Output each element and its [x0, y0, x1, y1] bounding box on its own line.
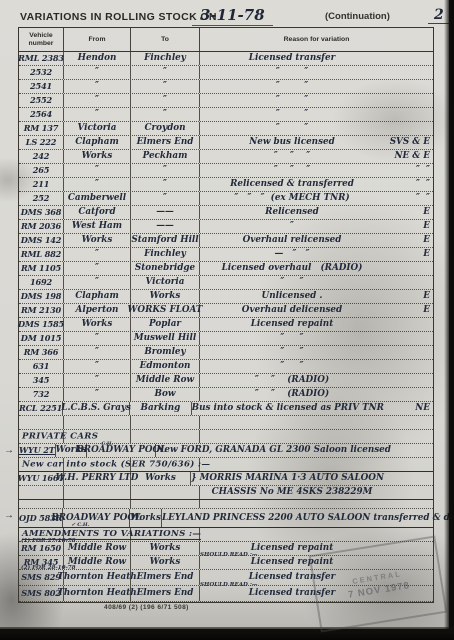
to-cell: [131, 500, 200, 508]
from-cell-text: ″: [95, 68, 99, 77]
reason-cell: CHASSIS No ME 4SKS 238229M: [200, 486, 433, 499]
from-cell: Clapham: [64, 136, 131, 149]
vehicle-cell: 265: [19, 164, 64, 177]
reason-cell: ″ ″ (RADIO): [200, 374, 433, 387]
vehicle-cell-text: 265: [33, 166, 50, 174]
from-cell: Thornton Heath: [64, 586, 131, 601]
table-row: 732″Bow″ ″ (RADIO): [19, 388, 433, 402]
from-cell: ″: [64, 360, 131, 373]
reason-cell: ″ ″ ″NE & E: [200, 150, 433, 163]
from-cell: Catford: [64, 206, 131, 219]
vehicle-cell: LS 222: [19, 136, 64, 149]
to-cell-text: Elmers End: [137, 138, 194, 147]
vehicle-cell: 2532: [19, 66, 64, 79]
from-cell-text: ″: [95, 250, 99, 259]
reason-cell: ″ ″: [200, 360, 433, 373]
note-text: E: [384, 250, 433, 259]
column-header-from: From: [64, 28, 131, 51]
reason-cell: Licensed repaint: [200, 318, 433, 331]
from-cell: ″: [64, 178, 131, 191]
reason-cell: Licensed overhaul (RADIO): [200, 262, 433, 275]
to-cell-text: Croydon: [144, 124, 185, 133]
to-cell-text: ″: [163, 96, 167, 105]
reason-text: ″ ″: [200, 334, 384, 343]
reason-cell: ″ ″: [200, 80, 433, 93]
vehicle-cell-text: RM 2036: [21, 222, 61, 230]
vehicle-cell: 252: [19, 192, 64, 205]
vehicle-cell: 2541: [19, 80, 64, 93]
to-cell: Works: [131, 290, 200, 303]
reason-cell: ″ ″: [200, 122, 433, 135]
vehicle-cell: 1692: [19, 276, 64, 289]
table-header-row: Vehicle number From To Reason for variat…: [19, 28, 433, 52]
note-text: ″ ″: [384, 166, 433, 175]
reason-cell: ″ ″: [200, 108, 433, 121]
to-cell-text: Poplar: [149, 320, 181, 329]
vehicle-cell: 631: [19, 360, 64, 373]
table-row: 2552″″″ ″: [19, 94, 433, 108]
table-row: 345″Middle Row″ ″ (RADIO): [19, 374, 433, 388]
from-cell-text: Works: [82, 236, 113, 245]
from-cell: Victoria: [64, 122, 131, 135]
table-row: [19, 416, 433, 430]
from-cell: Works: [64, 318, 131, 331]
to-cell: Peckham: [131, 150, 200, 163]
to-cell: Barking: [130, 402, 192, 415]
to-cell: Works: [131, 556, 200, 569]
reason-text: ″ ″: [200, 348, 384, 357]
from-cell: ″: [64, 346, 131, 359]
reason-text: Licensed overhaul (RADIO): [200, 264, 384, 273]
reason-text: Overhaul relicensed: [200, 236, 384, 245]
reason-text: ″ ″: [200, 278, 384, 287]
table-row: RM 2036West Ham——″E: [19, 220, 433, 234]
to-cell-text: ——: [156, 208, 174, 217]
vehicle-cell-text: RML 882: [21, 250, 61, 258]
to-cell: WORKS FLOAT: [131, 304, 200, 317]
table-row: RM 2130AlpertonWORKS FLOATOverhaul delic…: [19, 304, 433, 318]
reason-text: } MORRIS MARINA 1·3 AUTO SALOON: [191, 474, 384, 483]
vehicle-cell-text: RCL 2251: [19, 404, 62, 412]
vehicle-cell-text: 2564: [30, 110, 52, 118]
reason-text: ″ ″: [200, 82, 384, 91]
table-row: AMENDMENTS TO VARIATIONS :—: [19, 528, 433, 542]
to-cell-text: Elmers End: [137, 589, 194, 598]
vehicle-cell: 211: [19, 178, 64, 191]
page-title: VARIATIONS IN ROLLING STOCK ON: [20, 11, 217, 23]
reason-cell: New FORD, GRANADA GL 2300 Saloon license…: [156, 444, 440, 457]
vehicle-cell-text: DMS 1585: [18, 320, 64, 328]
from-cell-text: ″: [95, 376, 99, 385]
reason-text: ″: [200, 222, 384, 231]
vehicle-cell-text: 1692: [30, 278, 52, 286]
to-cell-text: ″: [163, 166, 167, 175]
note-text: ″ ″: [384, 194, 433, 203]
vehicle-cell: RM 345(2) FOR 28-10-78: [19, 556, 64, 569]
reason-cell: [200, 458, 433, 471]
table-row: OJD 583RBROADWAY POOL✓ C.H.WorksLEYLAND …: [19, 509, 433, 528]
reason-cell: RelicensedE: [200, 206, 433, 219]
from-cell-text: ″: [95, 362, 99, 371]
reason-text: ″ ″ (RADIO): [200, 390, 384, 399]
reason-cell: [200, 430, 433, 443]
table-row: PRIVATE CARS: [19, 430, 433, 444]
from-cell: [64, 500, 131, 508]
from-cell: BROADWAY POOL✓ C.H.: [63, 509, 130, 527]
reason-cell: Bus into stock & licensed as PRIV TNRNE: [192, 402, 433, 415]
note-text: E: [384, 208, 433, 217]
to-cell-text: Bromley: [144, 348, 185, 357]
from-cell: ″: [64, 108, 131, 121]
reason-text: ″ ″ ″: [200, 166, 384, 175]
to-cell: Elmers End: [131, 586, 200, 601]
to-cell: ″: [131, 80, 200, 93]
spanning-note-text: PRIVATE CARS: [22, 432, 98, 441]
to-cell: Works: [130, 509, 162, 527]
vehicle-cell: 242: [19, 150, 64, 163]
to-cell: ″: [131, 66, 200, 79]
reason-text: LEYLAND PRINCESS 2200 AUTO SALOON transf…: [162, 514, 454, 523]
reason-text: ″ ″ (RADIO): [200, 376, 384, 385]
note-text: E: [384, 292, 433, 301]
table-row: RM 366″Bromley″ ″: [19, 346, 433, 360]
vehicle-cell: 2564: [19, 108, 64, 121]
from-cell-text: ″: [95, 348, 99, 357]
to-cell-text: Muswell Hill: [134, 334, 196, 343]
to-cell-text: Stonebridge: [135, 264, 195, 273]
to-cell: Croydon: [131, 122, 200, 135]
from-cell-annotation: ✓ C.H.: [71, 523, 89, 528]
from-cell: Works: [64, 150, 131, 163]
table-row: DMS 142WorksStamford HillOverhaul relice…: [19, 234, 433, 248]
should-read-note: SHOULD READ :—: [200, 583, 258, 589]
to-cell: Middle Row: [131, 374, 200, 387]
scanned-document-page: VARIATIONS IN ROLLING STOCK ON 3-11-78 (…: [0, 0, 454, 640]
from-cell-text: L.C.B.S. Grays: [61, 404, 131, 413]
table-row: DM 1015″Muswell Hill″ ″: [19, 332, 433, 346]
vehicle-cell-text: 211: [33, 180, 50, 188]
vehicle-cell: DMS 198: [19, 290, 64, 303]
from-cell: Works: [64, 234, 131, 247]
spanning-note-text: New car into stock (SER 750/636) :—: [22, 460, 210, 469]
vehicle-cell: [19, 500, 64, 508]
reason-text: Relicensed: [200, 208, 384, 217]
reason-text: ″ ″: [200, 96, 384, 105]
from-cell: ″: [64, 332, 131, 345]
to-cell-text: Finchley: [144, 250, 186, 259]
to-cell-text: ″: [163, 110, 167, 119]
from-cell-text: Clapham: [75, 138, 119, 147]
to-cell-text: Bow: [155, 390, 176, 399]
from-cell: ″: [64, 66, 131, 79]
from-cell-text: ″: [95, 278, 99, 287]
vehicle-cell-text: 345: [33, 376, 50, 384]
to-cell: Works: [131, 472, 191, 485]
from-cell: ″: [64, 80, 131, 93]
reason-cell: ″ ″ ″″ ″: [200, 164, 433, 177]
from-cell: W.H. PERRY LTD: [64, 472, 131, 485]
to-cell-text: Elmers End: [137, 573, 194, 582]
reason-text: Bus into stock & licensed as PRIV TNR: [192, 404, 384, 413]
to-cell-text: Victoria: [146, 278, 185, 287]
to-cell-text: WORKS FLOAT: [128, 306, 203, 315]
to-cell-text: Works: [150, 558, 181, 567]
table-row: DMS 198ClaphamWorksUnlicensed .E: [19, 290, 433, 304]
scan-edge-right: [444, 0, 454, 640]
to-cell-text: Barking: [141, 404, 181, 413]
reason-text: New bus licensed: [200, 138, 384, 147]
from-cell: Alperton: [64, 304, 131, 317]
to-cell-text: ″: [163, 180, 167, 189]
from-cell-text: Catford: [78, 208, 115, 217]
vehicle-cell-text: 2541: [30, 82, 52, 90]
column-header-vehicle: Vehicle number: [19, 28, 64, 51]
to-cell-text: ″: [163, 194, 167, 203]
from-cell-text: ″: [95, 96, 99, 105]
from-cell: [64, 486, 131, 499]
vehicle-cell-text: 242: [33, 152, 50, 160]
to-cell: Bow: [131, 388, 200, 401]
from-cell-text: BROADWAY POOL: [51, 514, 141, 523]
reason-cell: [200, 416, 433, 429]
note-text: E: [384, 306, 433, 315]
reason-cell: Overhaul delicensedE: [200, 304, 433, 317]
from-cell-text: Thornton Heath: [57, 589, 136, 598]
to-cell: Muswell Hill: [131, 332, 200, 345]
from-cell: ″: [64, 164, 131, 177]
from-cell-text: ″: [95, 82, 99, 91]
to-cell-text: BROADWAY POOL: [76, 446, 166, 455]
to-cell: ″: [131, 164, 200, 177]
reason-cell: Licensed transfer: [200, 52, 433, 65]
table-row: 265″″″ ″ ″″ ″: [19, 164, 433, 178]
from-cell-text: Clapham: [75, 292, 119, 301]
reason-cell: — ″ ″E: [200, 248, 433, 261]
table-row: 242WorksPeckham″ ″ ″NE & E: [19, 150, 433, 164]
reason-cell: Unlicensed .E: [200, 290, 433, 303]
table-row: RML 2383HendonFinchleyLicensed transfer: [19, 52, 433, 66]
vehicle-cell: 2552: [19, 94, 64, 107]
form-reference: 408/69 (2) (196 6/71 508): [104, 604, 189, 611]
page-header: VARIATIONS IN ROLLING STOCK ON 3-11-78 (…: [20, 8, 440, 26]
reason-cell: [200, 528, 433, 541]
from-cell-text: West Ham: [72, 222, 122, 231]
vehicle-cell-text: DMS 368: [21, 208, 62, 216]
to-cell: Victoria: [131, 276, 200, 289]
from-cell: L.C.B.S. Grays: [63, 402, 130, 415]
from-cell-text: ″: [95, 264, 99, 273]
vehicle-cell-text: 732: [33, 390, 50, 398]
vehicle-cell: DM 1015: [19, 332, 64, 345]
from-cell: ″: [64, 374, 131, 387]
vehicle-cell-text: WYU 2T: [19, 446, 55, 456]
vehicle-cell-text: DMS 198: [21, 292, 62, 300]
vehicle-cell: RM 2036: [19, 220, 64, 233]
reason-cell: ″ ″: [200, 94, 433, 107]
to-cell-text: Finchley: [144, 54, 186, 63]
table-row: RML 882″Finchley— ″ ″E: [19, 248, 433, 262]
vehicle-cell-text: RM 137: [24, 124, 59, 132]
vehicle-cell: RM 137: [19, 122, 64, 135]
to-cell: ″: [131, 94, 200, 107]
to-cell-text: Works: [145, 474, 176, 483]
table-row: DMS 1585WorksPoplarLicensed repaint: [19, 318, 433, 332]
from-cell-text: Victoria: [78, 124, 117, 133]
handwritten-date: 3-11-78: [192, 6, 273, 26]
from-cell: West Ham: [64, 220, 131, 233]
vehicle-cell-text: 631: [33, 362, 50, 370]
reason-text: Licensed transfer: [200, 54, 384, 63]
should-read-note: SHOULD READ :—: [200, 553, 258, 559]
to-cell: Edmonton: [131, 360, 200, 373]
vehicle-cell-text: 2532: [30, 68, 52, 76]
from-cell-text: ″: [95, 180, 99, 189]
from-cell: [64, 416, 131, 429]
vehicle-cell-text: 2552: [30, 96, 52, 104]
note-text: NE & E: [384, 152, 433, 161]
reason-text: Relicensed & transferred: [200, 180, 384, 189]
continuation-label: (Continuation): [325, 11, 390, 22]
to-cell: Finchley: [131, 52, 200, 65]
to-cell-text: Works: [150, 292, 181, 301]
to-cell: Bromley: [131, 346, 200, 359]
vehicle-cell: [19, 416, 64, 429]
to-cell-text: ——: [156, 222, 174, 231]
table-row: RM 1105″StonebridgeLicensed overhaul (RA…: [19, 262, 433, 276]
to-cell-text: ″: [163, 68, 167, 77]
vehicle-cell: WYU 2T: [19, 444, 56, 457]
reason-text: Overhaul delicensed: [200, 306, 384, 315]
reason-cell: Overhaul relicensedE: [200, 234, 433, 247]
from-cell-text: Middle Row: [68, 544, 126, 553]
from-cell: ″: [64, 248, 131, 261]
vehicle-cell-text: RM 2130: [21, 306, 61, 314]
to-cell-text: Middle Row: [136, 376, 194, 385]
from-cell: ″: [64, 94, 131, 107]
column-header-reason: Reason for variation: [200, 28, 433, 51]
from-cell-text: Camberwell: [68, 194, 126, 203]
note-text: ″ ″: [384, 180, 433, 189]
note-text: E: [384, 222, 433, 231]
to-cell-text: Stamford Hill: [131, 236, 198, 245]
from-cell-text: Thornton Heath: [57, 573, 136, 582]
from-cell-text: Works: [82, 320, 113, 329]
from-cell-text: W.H. PERRY LTD: [56, 474, 139, 483]
reason-cell: ″ ″: [200, 66, 433, 79]
vehicle-cell: RM 1650(1) FOR 27-10-78: [19, 542, 64, 555]
reason-text: ″ ″ ″ (ex MECH TNR): [200, 194, 384, 203]
vehicle-cell-text: SMS 829: [21, 573, 60, 581]
note-text: E: [384, 236, 433, 245]
reason-text: ″ ″ ″: [200, 152, 384, 161]
margin-arrow-icon: →: [4, 510, 14, 521]
vehicle-cell-text: 252: [33, 194, 50, 202]
table-row: 2564″″″ ″: [19, 108, 433, 122]
to-cell-text: Works: [130, 514, 161, 523]
reason-text: ″ ″: [200, 110, 384, 119]
from-cell: ″: [64, 388, 131, 401]
table-row: 211″″Relicensed & transferred″ ″: [19, 178, 433, 192]
reason-cell: ″ ″ ″ (ex MECH TNR)″ ″: [200, 192, 433, 205]
table-row: New car into stock (SER 750/636) :—: [19, 458, 433, 472]
to-cell-annotation: C.H.: [101, 442, 113, 447]
vehicle-cell: DMS 368: [19, 206, 64, 219]
to-cell-text: ″: [163, 82, 167, 91]
to-cell: Elmers End: [131, 136, 200, 149]
vehicle-cell: DMS 1585: [19, 318, 64, 331]
to-cell: Stamford Hill: [131, 234, 200, 247]
reason-cell: [200, 500, 433, 508]
to-cell: [131, 486, 200, 499]
vehicle-cell-text: RM 1650: [21, 544, 61, 552]
reason-text: CHASSIS No ME 4SKS 238229M: [200, 488, 384, 497]
from-cell-text: Middle Row: [68, 558, 126, 567]
table-row: [19, 500, 433, 509]
vehicle-cell: RM 2130: [19, 304, 64, 317]
vehicle-cell-text: RML 2383: [18, 54, 64, 62]
reason-cell: } MORRIS MARINA 1·3 AUTO SALOON: [191, 472, 433, 485]
rolling-stock-table: Vehicle number From To Reason for variat…: [18, 27, 434, 603]
reason-text: ″ ″: [200, 362, 384, 371]
reason-text: Licensed repaint: [200, 320, 384, 329]
from-cell: Clapham: [64, 290, 131, 303]
reason-text: ″ ″: [200, 68, 384, 77]
vehicle-cell: RML 882: [19, 248, 64, 261]
to-cell: Works: [131, 542, 200, 555]
vehicle-cell: RML 2383: [19, 52, 64, 65]
table-row: WYU 2TWorksBROADWAY POOLC.H.New FORD, GR…: [19, 444, 433, 458]
vehicle-cell: RCL 2251: [19, 402, 63, 415]
reason-cell: LEYLAND PRINCESS 2200 AUTO SALOON transf…: [162, 509, 454, 527]
from-cell: ″: [64, 262, 131, 275]
to-cell-text: Works: [150, 544, 181, 553]
column-header-to: To: [131, 28, 200, 51]
scan-edge-bottom: [0, 627, 454, 640]
table-row: 631″Edmonton″ ″: [19, 360, 433, 374]
from-cell-text: ″: [95, 334, 99, 343]
vehicle-cell: 345: [19, 374, 64, 387]
vehicle-cell-text: DMS 142: [21, 236, 62, 244]
vehicle-cell: RM 366: [19, 346, 64, 359]
to-cell-text: Peckham: [143, 152, 188, 161]
table-row: 252Camberwell″″ ″ ″ (ex MECH TNR)″ ″: [19, 192, 433, 206]
from-cell-text: Works: [82, 152, 113, 161]
to-cell: Elmers End: [131, 570, 200, 585]
note-text: SVS & E: [384, 138, 433, 147]
note-text: NE: [384, 404, 433, 413]
reason-text: Unlicensed .: [200, 292, 384, 301]
vehicle-cell: DMS 142: [19, 234, 64, 247]
to-cell: ——: [131, 220, 200, 233]
to-cell: Stonebridge: [131, 262, 200, 275]
vehicle-cell-text: RM 366: [24, 348, 59, 356]
to-cell: ——: [131, 206, 200, 219]
reason-cell: Relicensed & transferred″ ″: [200, 178, 433, 191]
to-cell: ″: [131, 192, 200, 205]
from-cell: ″: [64, 276, 131, 289]
vehicle-cell-text: DM 1015: [21, 334, 61, 342]
to-cell-text: Edmonton: [140, 362, 191, 371]
amendment-date-note: (2) FOR 28-10-78: [21, 566, 76, 572]
from-cell-text: Hendon: [78, 54, 117, 63]
reason-cell: ″ ″ (RADIO): [200, 388, 433, 401]
from-cell: Camberwell: [64, 192, 131, 205]
reason-text: ″ ″: [200, 124, 384, 133]
from-cell-text: ″: [95, 166, 99, 175]
reason-cell: ″ ″: [200, 346, 433, 359]
table-row: WYU 166TW.H. PERRY LTDWorks} MORRIS MARI…: [19, 472, 433, 486]
from-cell-text: ″: [95, 390, 99, 399]
